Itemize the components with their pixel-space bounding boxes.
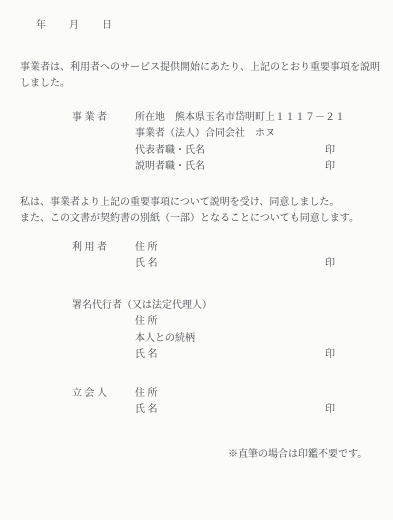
year-label: 年	[36, 18, 46, 34]
user-seal-mark: 印	[325, 256, 335, 272]
user-name-row: 氏 名 印	[135, 256, 393, 272]
proxy-name-row: 氏 名 印	[135, 347, 393, 363]
provider-representative-row: 代表者職・氏名 印	[135, 143, 393, 159]
representative-name-label: 代表者職・氏名	[135, 145, 205, 156]
user-address-label: 住 所	[135, 242, 158, 253]
explainer-name-label: 説明者職・氏名	[135, 161, 205, 172]
proxy-address-label: 住 所	[135, 316, 158, 327]
witness-name-label: 氏 名	[135, 404, 158, 415]
witness-label: 立 会 人	[72, 386, 107, 402]
provider-address: 所在地 熊本県玉名市岱明町上１１１７－２１	[135, 112, 345, 123]
witness-section: 立 会 人 住 所 氏 名 印	[0, 386, 393, 419]
document-page: { "page": { "background_color": "#fbfbf9…	[0, 0, 393, 520]
month-label: 月	[69, 18, 79, 34]
provider-statement-line2: しました。	[20, 76, 386, 92]
provider-company-row: 事業者（法人）合同会社 ホヌ	[135, 126, 393, 142]
witness-name-row: 氏 名 印	[135, 402, 393, 418]
consent-statement: 私は、事業者より上記の重要事項について説明を受け、同意しました。 また、この文書…	[20, 195, 386, 228]
date-line: 年 月 日	[36, 18, 112, 34]
user-address-row: 住 所	[135, 240, 393, 256]
witness-address-label: 住 所	[135, 388, 158, 399]
explainer-seal-mark: 印	[325, 159, 335, 175]
user-label: 利 用 者	[72, 240, 107, 256]
witness-address-row: 住 所	[135, 386, 393, 402]
signature-note: ※直筆の場合は印鑑不要です。	[228, 447, 367, 463]
proxy-name-label: 氏 名	[135, 349, 158, 360]
proxy-relationship-row: 本人との続柄	[135, 331, 393, 347]
day-label: 日	[102, 18, 112, 34]
proxy-relationship-label: 本人との続柄	[135, 333, 195, 344]
proxy-address-row: 住 所	[135, 314, 393, 330]
representative-seal-mark: 印	[325, 143, 335, 159]
provider-label: 事 業 者	[72, 110, 107, 126]
user-name-label: 氏 名	[135, 258, 158, 269]
provider-address-row: 所在地 熊本県玉名市岱明町上１１１７－２１	[135, 110, 393, 126]
provider-statement-line1: 事業者は、利用者へのサービス提供開始にあたり、上記のとおり重要事項を説明	[20, 60, 386, 76]
consent-statement-line2: また、この文書が契約書の別紙（一部）となることについても同意します。	[20, 211, 386, 227]
proxy-section: 署名代行者（又は法定代理人） 住 所 本人との続柄 氏 名 印	[0, 298, 393, 363]
consent-statement-line1: 私は、事業者より上記の重要事項について説明を受け、同意しました。	[20, 195, 386, 211]
provider-company: 事業者（法人）合同会社 ホヌ	[135, 128, 275, 139]
witness-seal-mark: 印	[325, 402, 335, 418]
user-section: 利 用 者 住 所 氏 名 印	[0, 240, 393, 273]
provider-statement: 事業者は、利用者へのサービス提供開始にあたり、上記のとおり重要事項を説明 しまし…	[20, 60, 386, 93]
proxy-seal-mark: 印	[325, 347, 335, 363]
provider-section: 事 業 者 所在地 熊本県玉名市岱明町上１１１７－２１ 事業者（法人）合同会社 …	[0, 110, 393, 175]
provider-explainer-row: 説明者職・氏名 印	[135, 159, 393, 175]
proxy-label: 署名代行者（又は法定代理人）	[72, 298, 212, 314]
